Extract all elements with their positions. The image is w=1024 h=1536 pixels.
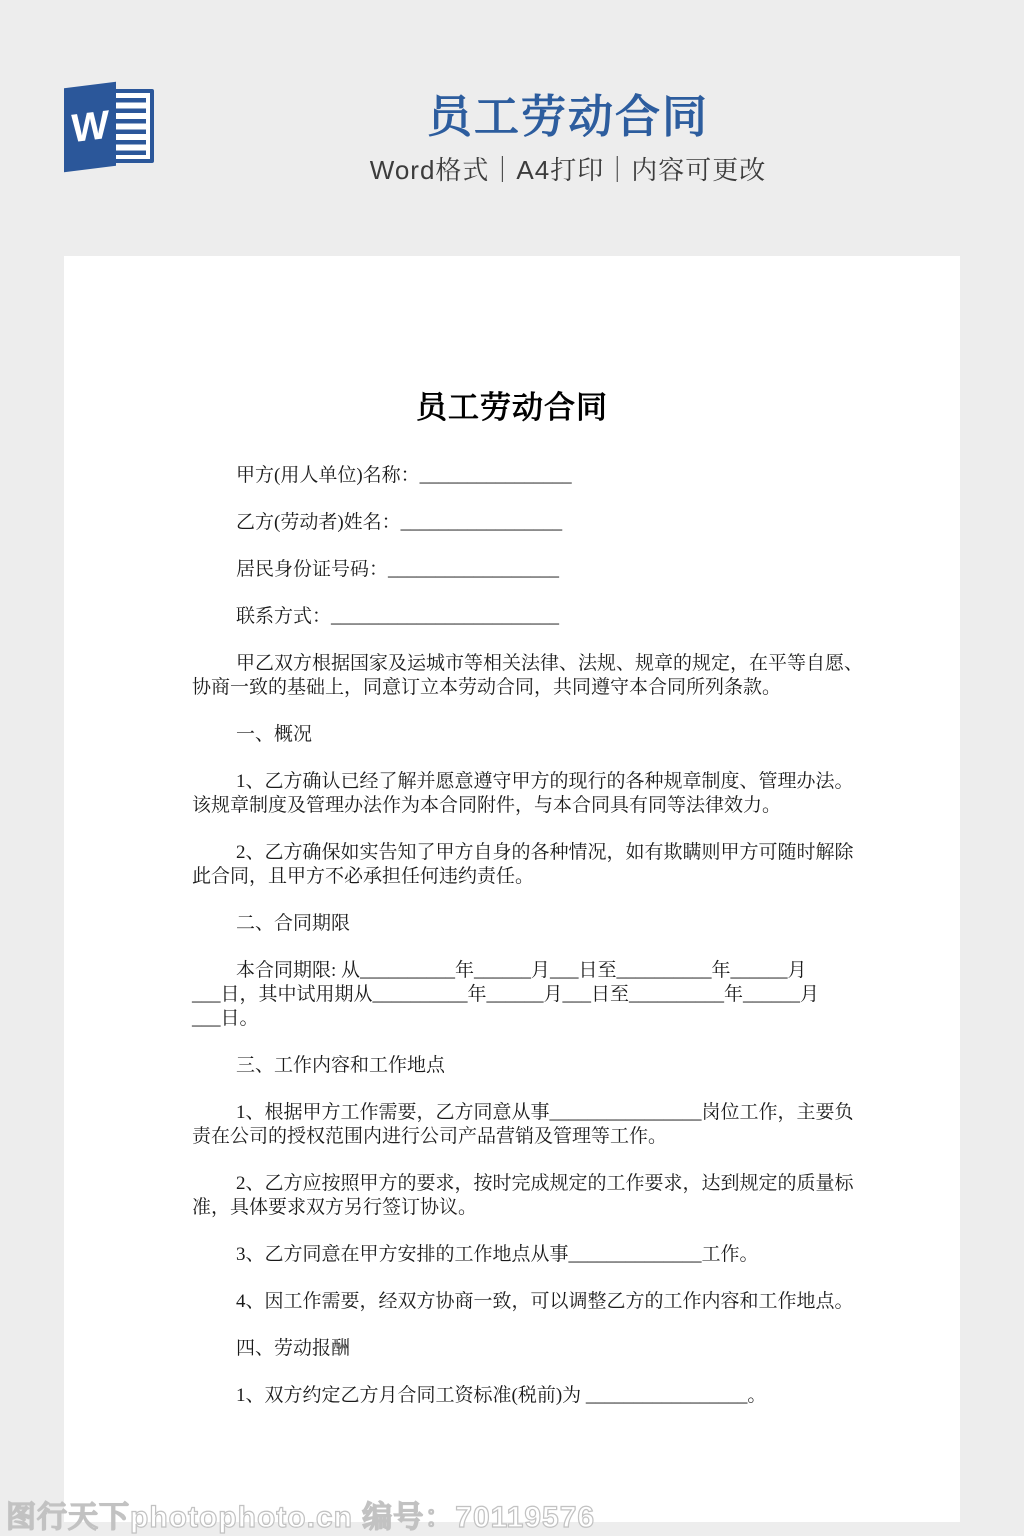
document-title: 员工劳动合同 [192, 388, 832, 428]
paragraph-1-1: 1、乙方确认已经了解并愿意遵守甲方的现行的各种规章制度、管理办法。 该规章制度及… [192, 770, 832, 818]
site-header: W 员工劳动合同 Word格式｜A4打印｜内容可更改 [0, 0, 1024, 256]
section-heading-line: 二、合同期限 [192, 912, 832, 936]
paragraph-line: 此合同，且甲方不必承担任何违约责任。 [192, 865, 832, 889]
paragraph-3-1: 1、根据甲方工作需要，乙方同意从事________________岗位工作，主要… [192, 1101, 832, 1149]
paragraph-3-4: 4、因工作需要，经双方协商一致，可以调整乙方的工作内容和工作地点。 [192, 1290, 832, 1314]
field-contact: 联系方式：________________________ [192, 605, 832, 629]
section-2-heading: 二、合同期限 [192, 912, 832, 936]
section-heading-line: 四、劳动报酬 [192, 1337, 832, 1361]
paragraph-3-3: 3、乙方同意在甲方安排的工作地点从事______________工作。 [192, 1243, 832, 1267]
paragraph-line: 4、因工作需要，经双方协商一致，可以调整乙方的工作内容和工作地点。 [192, 1290, 832, 1314]
paragraph-line: 1、乙方确认已经了解并愿意遵守甲方的现行的各种规章制度、管理办法。 [192, 770, 832, 794]
field-party-a-name: 甲方(用人单位)名称：________________ [192, 464, 832, 488]
paragraph-line: 准，具体要求双方另行签订协议。 [192, 1196, 832, 1220]
paragraph-intro: 甲乙双方根据国家及运城市等相关法律、法规、规章的规定，在平等自愿、 协商一致的基… [192, 652, 832, 700]
paragraph-line: 1、根据甲方工作需要，乙方同意从事________________岗位工作，主要… [192, 1101, 832, 1125]
section-4-heading: 四、劳动报酬 [192, 1337, 832, 1361]
paragraph-line: 3、乙方同意在甲方安排的工作地点从事______________工作。 [192, 1243, 832, 1267]
section-1-heading: 一、概况 [192, 723, 832, 747]
section-heading-line: 一、概况 [192, 723, 832, 747]
section-heading-line: 三、工作内容和工作地点 [192, 1054, 832, 1078]
section-3-heading: 三、工作内容和工作地点 [192, 1054, 832, 1078]
paragraph-line: 协商一致的基础上，同意订立本劳动合同，共同遵守本合同所列条款。 [192, 676, 832, 700]
paragraph-line: 本合同期限: 从__________年______月___日至_________… [192, 959, 832, 983]
document-content: 员工劳动合同 甲方(用人单位)名称：________________ 乙方(劳动… [64, 256, 960, 1408]
paragraph-1-2: 2、乙方确保如实告知了甲方自身的各种情况，如有欺瞒则甲方可随时解除 此合同，且甲… [192, 841, 832, 889]
paragraph-line: ___日，其中试用期从__________年______月___日至______… [192, 983, 832, 1007]
paragraph-3-2: 2、乙方应按照甲方的要求，按时完成规定的工作要求，达到规定的质量标 准，具体要求… [192, 1172, 832, 1220]
page-title: 员工劳动合同 [112, 92, 1024, 142]
field-line: 甲方(用人单位)名称：________________ [192, 464, 832, 488]
paragraph-line: 2、乙方确保如实告知了甲方自身的各种情况，如有欺瞒则甲方可随时解除 [192, 841, 832, 865]
watermark-text: 图行天下photophoto.cn 编号：70119576 [6, 1492, 595, 1536]
paragraph-line: 2、乙方应按照甲方的要求，按时完成规定的工作要求，达到规定的质量标 [192, 1172, 832, 1196]
paragraph-line: 1、双方约定乙方月合同工资标准(税前)为 _________________。 [192, 1384, 832, 1408]
field-line: 乙方(劳动者)姓名：_________________ [192, 511, 832, 535]
paragraph-line: ___日。 [192, 1007, 832, 1031]
document-page: 员工劳动合同 甲方(用人单位)名称：________________ 乙方(劳动… [64, 256, 960, 1522]
paragraph-line: 责在公司的授权范围内进行公司产品营销及管理等工作。 [192, 1125, 832, 1149]
paragraph-contract-term: 本合同期限: 从__________年______月___日至_________… [192, 959, 832, 1031]
page-subtitle: Word格式｜A4打印｜内容可更改 [112, 155, 1024, 185]
field-line: 居民身份证号码：__________________ [192, 558, 832, 582]
field-party-b-name: 乙方(劳动者)姓名：_________________ [192, 511, 832, 535]
field-id-number: 居民身份证号码：__________________ [192, 558, 832, 582]
paragraph-line: 甲乙双方根据国家及运城市等相关法律、法规、规章的规定，在平等自愿、 [192, 652, 832, 676]
field-line: 联系方式：________________________ [192, 605, 832, 629]
paragraph-line: 该规章制度及管理办法作为本合同附件，与本合同具有同等法律效力。 [192, 794, 832, 818]
header-text-block: 员工劳动合同 Word格式｜A4打印｜内容可更改 [0, 92, 1024, 185]
paragraph-4-1: 1、双方约定乙方月合同工资标准(税前)为 _________________。 [192, 1384, 832, 1408]
